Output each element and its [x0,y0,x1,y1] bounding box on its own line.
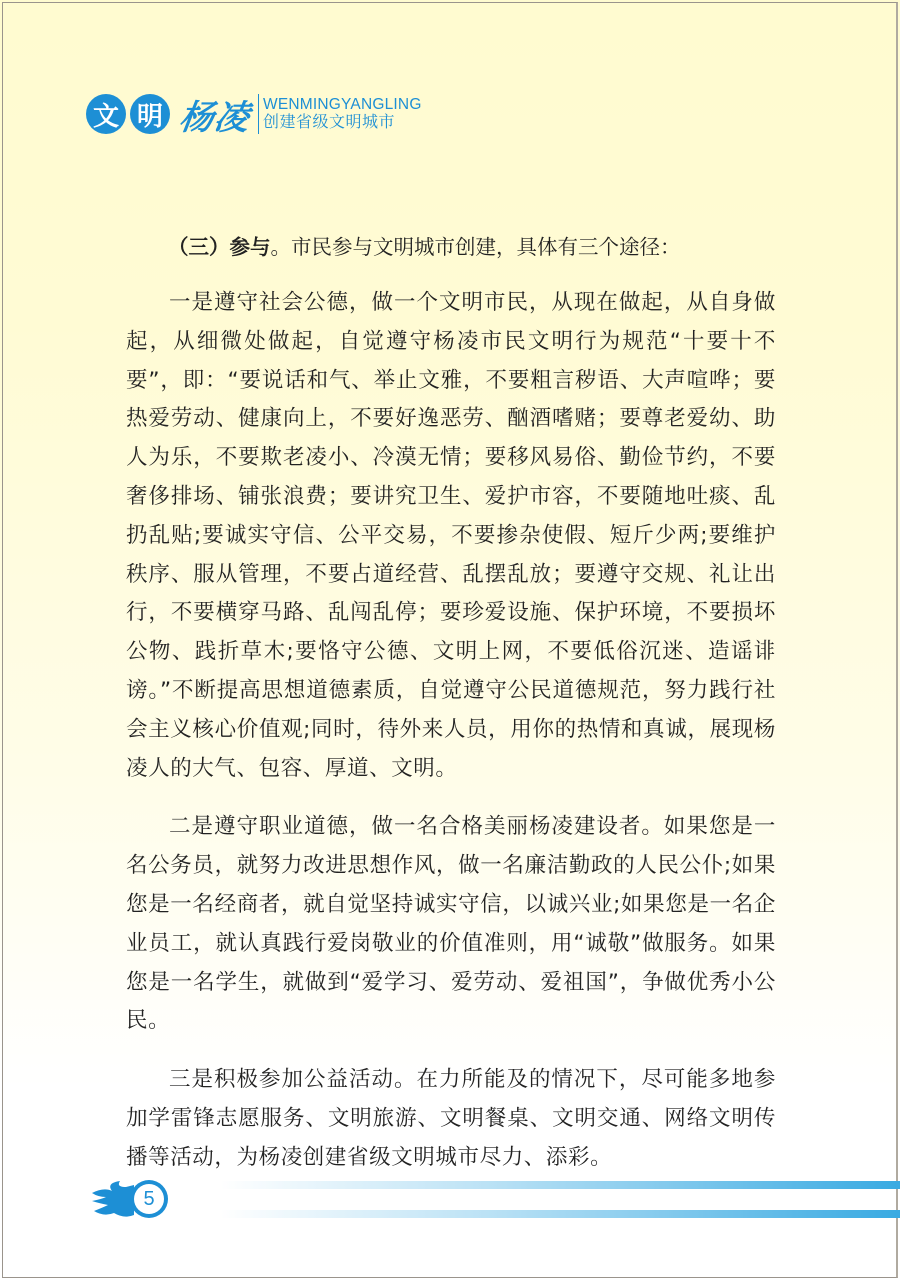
header-subtitle: WENMINGYANGLING 创建省级文明城市 [263,97,422,130]
paragraph-1: 一是遵守社会公德，做一个文明市民，从现在做起，从自身做起，从细微处做起，自觉遵守… [126,284,776,788]
section-intro: 。市民参与文明城市创建，具体有三个途径： [271,235,681,259]
page-number: 5 [133,1183,165,1215]
header-logo: 文 明 杨凌 WENMINGYANGLING 创建省级文明城市 [86,92,422,136]
footer-stripe-top [220,1181,900,1189]
footer-stripe-bottom [220,1210,900,1218]
logo-char-wen: 文 [86,94,126,134]
section-heading: （三）参与。市民参与文明城市创建，具体有三个途径： [126,228,776,266]
footer: 5 [90,1175,900,1225]
paragraph-2: 二是遵守职业道德，做一名合格美丽杨凌建设者。如果您是一名公务员，就努力改进思想作… [126,808,776,1041]
header-chinese: 创建省级文明城市 [263,114,422,131]
logo-char-ming: 明 [130,94,170,134]
paragraph-3: 三是积极参加公益活动。在力所能及的情况下，尽可能多地参加学雷锋志愿服务、文明旅游… [126,1061,776,1177]
page-badge: 5 [90,1175,170,1225]
section-label: （三）参与 [168,235,271,259]
body-content: （三）参与。市民参与文明城市创建，具体有三个途径： 一是遵守社会公德，做一个文明… [126,228,776,1198]
logo-script-title: 杨凌 [177,90,254,139]
header-divider [258,94,259,134]
